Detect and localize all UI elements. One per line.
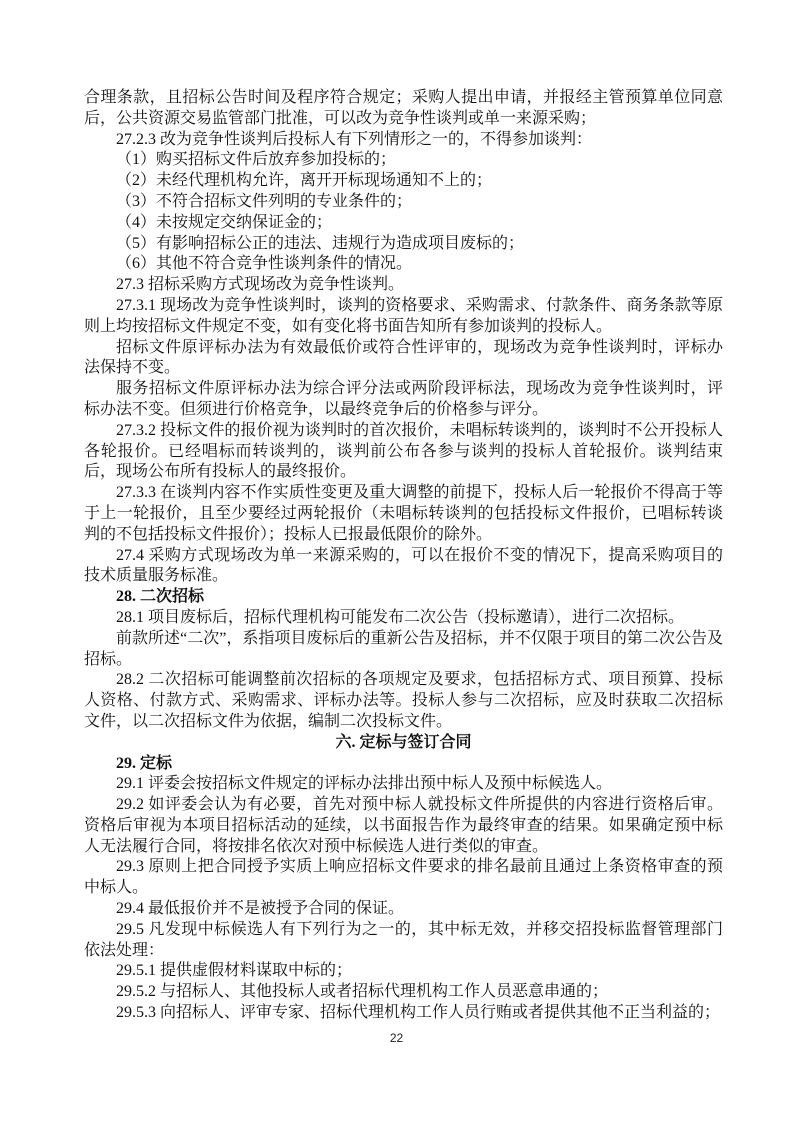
paragraph: （4）未按规定交纳保证金的； xyxy=(84,213,723,234)
paragraph: 29.4 最低报价并不是被授予合同的保证。 xyxy=(84,899,723,920)
paragraph: 27.3.2 投标文件的报价视为谈判时的首次报价，未唱标转谈判的，谈判时不公开投… xyxy=(84,421,723,483)
paragraph: 27.3 招标采购方式现场改为竞争性谈判。 xyxy=(84,275,723,296)
paragraph: 28.1 项目废标后，招标代理机构可能发布二次公告（投标邀请），进行二次招标。 xyxy=(84,608,723,629)
document-page: 合理条款，且招标公告时间及程序符合规定；采购人提出申请，并报经主管预算单位同意后… xyxy=(0,0,793,1123)
paragraph: 27.4 采购方式现场改为单一来源采购的，可以在报价不变的情况下，提高采购项目的… xyxy=(84,546,723,588)
paragraph: （3）不符合招标文件列明的专业条件的； xyxy=(84,192,723,213)
paragraph: 29.5.2 与招标人、其他投标人或者招标代理机构工作人员恶意串通的； xyxy=(84,982,723,1003)
paragraph: 28.2 二次招标可能调整前次招标的各项规定及要求，包括招标方式、项目预算、投标… xyxy=(84,670,723,732)
paragraph: （2）未经代理机构允许，离开开标现场通知不上的； xyxy=(84,171,723,192)
paragraph: 27.3.3 在谈判内容不作实质性变更及重大调整的前提下，投标人后一轮报价不得高… xyxy=(84,483,723,545)
paragraph: 招标文件原评标办法为有效最低价或符合性评审的，现场改为竞争性谈判时，评标办法保持… xyxy=(84,338,723,380)
page-number: 22 xyxy=(0,1031,793,1045)
paragraph: 服务招标文件原评标办法为综合评分法或两阶段评标法，现场改为竞争性谈判时，评标办法… xyxy=(84,379,723,421)
paragraph: 29.2 如评委会认为有必要，首先对预中标人就投标文件所提供的内容进行资格后审。… xyxy=(84,795,723,857)
paragraph: 29.1 评委会按招标文件规定的评标办法排出预中标人及预中标候选人。 xyxy=(84,774,723,795)
paragraph: 29.3 原则上把合同授予实质上响应招标文件要求的排名最前且通过上条资格审查的预… xyxy=(84,857,723,899)
paragraph: 前款所述“二次”，系指项目废标后的重新公告及招标，并不仅限于项目的第二次公告及招… xyxy=(84,629,723,671)
paragraph: （6）其他不符合竞争性谈判条件的情况。 xyxy=(84,254,723,275)
paragraph: 29.5 凡发现中标候选人有下列行为之一的，其中标无效，并移交招投标监督管理部门… xyxy=(84,920,723,962)
section-heading: 29. 定标 xyxy=(84,754,723,775)
paragraph: 27.2.3 改为竞争性谈判后投标人有下列情形之一的，不得参加谈判： xyxy=(84,130,723,151)
section-heading: 28. 二次招标 xyxy=(84,587,723,608)
paragraph: （5）有影响招标公正的违法、违规行为造成项目废标的； xyxy=(84,234,723,255)
document-body: 合理条款，且招标公告时间及程序符合规定；采购人提出申请，并报经主管预算单位同意后… xyxy=(84,88,723,1024)
paragraph: 29.5.3 向招标人、评审专家、招标代理机构工作人员行贿或者提供其他不正当利益… xyxy=(84,1003,723,1024)
paragraph: （1）购买招标文件后放弃参加投标的； xyxy=(84,150,723,171)
paragraph: 29.5.1 提供虚假材料谋取中标的； xyxy=(84,961,723,982)
paragraph: 27.3.1 现场改为竞争性谈判时，谈判的资格要求、采购需求、付款条件、商务条款… xyxy=(84,296,723,338)
section-heading: 六. 定标与签订合同 xyxy=(84,733,723,754)
paragraph: 合理条款，且招标公告时间及程序符合规定；采购人提出申请，并报经主管预算单位同意后… xyxy=(84,88,723,130)
